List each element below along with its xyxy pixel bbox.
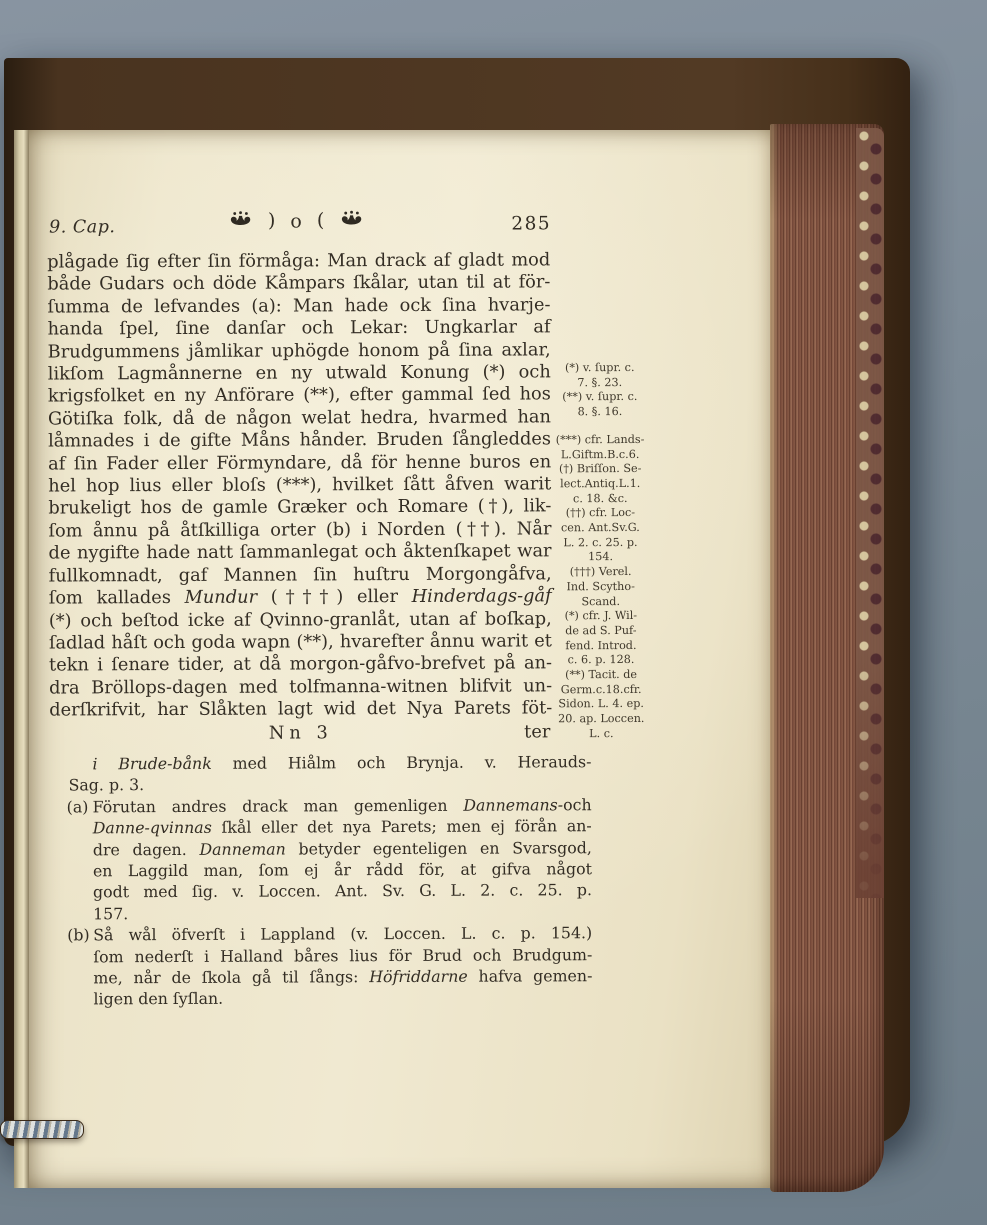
- body-line: krigsfolket en ny Anförare (**), efter g…: [48, 384, 551, 409]
- header-ornament-row: ) o (: [165, 210, 427, 233]
- footnote-line: godt med ſig. v. Loccen. Ant. Sv. G. L. …: [93, 880, 592, 904]
- footnotes-section: i Brude-bånk med Hiålm och Brynja. v. He…: [66, 751, 592, 1010]
- margin-notes-column: (*) v. ſupr. c. 7. §. 23. (**) v. ſupr. …: [550, 361, 652, 742]
- footnote-part-italic: i Brude-bånk: [92, 754, 211, 774]
- footnote-line: me, når de ſkola gå til ſångs: Höfriddar…: [93, 965, 592, 989]
- catchword: ter: [524, 721, 550, 742]
- footnote-part-italic: Höfriddarne: [369, 967, 468, 986]
- fleuron-icon: [228, 211, 253, 233]
- body-line: brukeligt hos de gamle Græker och Romare…: [48, 496, 551, 521]
- headband: [0, 1120, 84, 1139]
- body-line: fullkomnadt, gaf Mannen ſin huſtru Morgo…: [49, 563, 552, 588]
- footnote-line: Sag. p. 3.: [69, 773, 592, 797]
- body-line: derſkrifvit, har Slåkten lagt wid det Ny…: [49, 697, 552, 722]
- body-line: de nygifte hade natt ſammanlegat och åkt…: [48, 541, 551, 566]
- footnote-line: dre dagen. Danneman betyder egenteligen …: [93, 837, 592, 861]
- marbled-endpaper-edge: [856, 128, 884, 898]
- body-line: hel hop lius eller bloſs (***), hvilket …: [48, 473, 551, 498]
- margin-note: (***) cfr. Lands- L.Giftm.B.c.6.: [550, 433, 650, 463]
- body-line: både Gudars och döde Kåmpars ſkålar, uta…: [47, 272, 550, 297]
- footnote-line: Förutan andres drack man gemenligen Dann…: [93, 794, 592, 818]
- body-line: af ſin Fader eller Förmyndare, då för he…: [48, 451, 551, 476]
- footnote-part: Förutan andres drack man gemenligen: [93, 796, 464, 817]
- footnote-part-italic: Danneman: [199, 839, 285, 858]
- body-line: låmnades i de gifte Måns hånder. Bruden …: [48, 429, 551, 454]
- chapter-label: 9. Cap.: [49, 217, 115, 237]
- body-line: handa ſpel, ſine danſar och Lekar: Ungka…: [48, 317, 551, 342]
- body-line: plågade ſig efter ſin förmåga: Man drack…: [47, 249, 550, 274]
- body-line: ſom kallades Mundur (†††) eller Hinderda…: [49, 585, 552, 610]
- body-line-part-italic: Hinderdags-gåf: [412, 585, 552, 607]
- footnote-line: Danne-qvinnas ſkål eller det nya Parets;…: [93, 815, 592, 839]
- margin-note: (**) Tacit. de Germ.c.18.cfr. Sidon. L. …: [551, 668, 651, 742]
- footnote-line: 157.: [93, 901, 592, 925]
- page-number: 285: [479, 213, 551, 234]
- margin-note: (**) v. ſupr. c. 8. §. 16.: [550, 390, 650, 420]
- fleuron-icon: [339, 210, 364, 232]
- body-line: ſadlad håſt och goda wapn (**), hvarefte…: [49, 630, 552, 655]
- body-line: Götiſka folk, då de någon welat hedra, h…: [48, 406, 551, 431]
- body-line-part-italic: Mundur: [185, 587, 258, 608]
- footnote-continuation: i Brude-bånk med Hiålm och Brynja. v. He…: [66, 751, 591, 796]
- footnote-part: ſkål eller det nya Parets; men ej förån …: [212, 816, 592, 837]
- header-separator-left: ): [268, 210, 276, 232]
- signature-row: Nn 3 ter: [49, 721, 552, 749]
- footnote-part: dre dagen.: [93, 839, 200, 858]
- body-line: ſom ånnu på åtſkilliga orter (b) i Norde…: [48, 518, 551, 543]
- printed-page-content: 9. Cap. ) o (: [27, 128, 773, 1189]
- margin-note: (†††) Verel. Ind. Scytho- Scand.: [551, 565, 651, 610]
- body-line: ſumma de lefvandes (a): Man hade ock ſin…: [47, 294, 550, 319]
- main-text-column: plågade ſig efter ſin förmåga: Man drack…: [47, 249, 552, 749]
- footnote-line: ligen den ſyſlan.: [93, 987, 592, 1011]
- book-cover: 9. Cap. ) o (: [4, 58, 910, 1146]
- footnote-label: (a): [67, 796, 89, 818]
- body-line: (*) och beſtod icke af Qvinno-granlåt, u…: [49, 608, 552, 633]
- margin-note: (*) cfr. J. Wil- de ad S. Puf- fend. Int…: [551, 609, 651, 668]
- footnote-label: (b): [67, 925, 90, 947]
- margin-note: (††) cfr. Loc- cen. Ant.Sv.G. L. 2. c. 2…: [550, 506, 650, 565]
- footnote-line: en Laggild man, ſom ej år rådd för, at g…: [93, 858, 592, 882]
- footnote-line: i Brude-bånk med Hiålm och Brynja. v. He…: [92, 751, 591, 775]
- header-separator-right: (: [317, 209, 325, 231]
- body-line-part: ſom kallades: [49, 587, 185, 609]
- footnote-part: och: [563, 795, 592, 814]
- body-line: Brudgummens jåmlikar uphögde honom på ſi…: [48, 339, 551, 364]
- footnote-part-italic: Dannemans-: [463, 795, 563, 814]
- header-separator-center: o: [290, 210, 302, 232]
- footnote-a: (a) Förutan andres drack man gemenligen …: [67, 794, 593, 925]
- body-line-part: (†††) eller: [257, 586, 412, 608]
- footnote-b: (b) Så wål öfverſt i Lappland (v. Loccen…: [67, 922, 592, 1010]
- footnote-part: betyder egenteligen en Svarsgod,: [286, 838, 592, 858]
- footnote-part: me, når de ſkola gå til ſångs:: [93, 967, 369, 987]
- footnote-line: ſom nederſt i Halland båres lius för Bru…: [93, 944, 592, 968]
- body-line: dra Bröllops-dagen med tolfmanna-witnen …: [49, 675, 552, 700]
- footnote-line: Så wål öfverſt i Lappland (v. Loccen. L.…: [93, 922, 592, 946]
- body-line: likſom Lagmånnerne en ny utwald Konung (…: [48, 361, 551, 386]
- margin-note: (†) Briſſon. Se- lect.Antiq.L.1. c. 18. …: [550, 462, 650, 507]
- footnote-part: hafva gemen-: [468, 966, 593, 986]
- margin-note: (*) v. ſupr. c. 7. §. 23.: [550, 361, 650, 391]
- signature-mark: Nn 3: [49, 721, 552, 744]
- footnote-part-italic: Danne-qvinnas: [93, 818, 212, 838]
- body-line: tekn i ſenare tider, at då morgon-gåfvo-…: [49, 653, 552, 678]
- footnote-part: med Hiålm och Brynja. v. Herauds-: [212, 752, 592, 773]
- book-page: 9. Cap. ) o (: [29, 130, 770, 1188]
- photograph-background: { "colors": { "background": "#7b8995", "…: [0, 0, 987, 1225]
